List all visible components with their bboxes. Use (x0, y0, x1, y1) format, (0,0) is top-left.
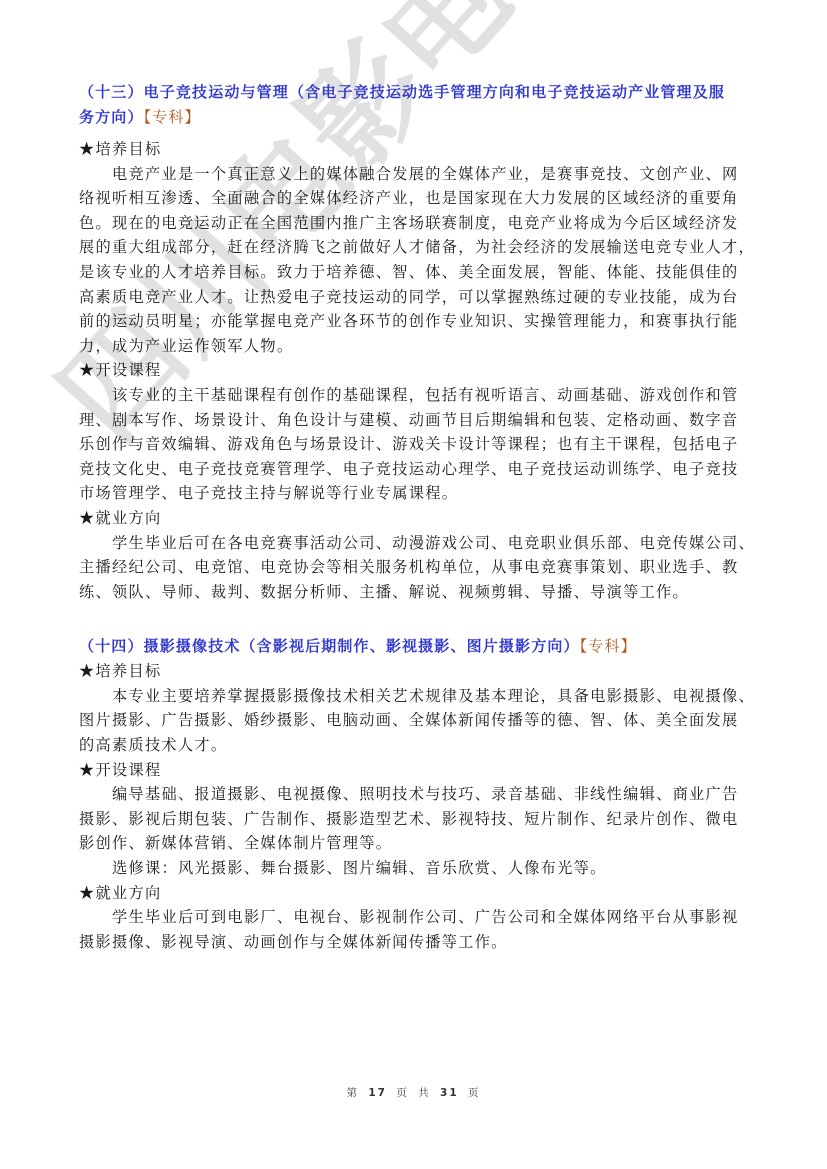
paragraph-line: 学生毕业后可到电影厂、电视台、影视制作公司、广告公司和全媒体网络平台从事影视 (79, 905, 747, 930)
section-heading-line: 务方向）【专科】 (79, 105, 747, 130)
document-page: 四川电影电视学院 （十三）电子竞技运动与管理（含电子竞技运动选手管理方向和电子竞… (0, 0, 827, 1169)
paragraph-line: 竞技文化史、电子竞技竞赛管理学、电子竞技运动心理学、电子竞技运动训练学、电子竞技 (79, 457, 747, 482)
paragraph-line: 前的运动员明星；亦能掌握电竞产业各环节的创作专业知识、实操管理能力，和赛事执行能 (79, 309, 747, 334)
paragraph-line: 编导基础、报道摄影、电视摄像、照明技术与技巧、录音基础、非线性编辑、商业广告 (79, 782, 747, 807)
section-photography: （十四）摄影摄像技术（含影视后期制作、影视摄影、图片摄影方向）【专科】 ★培养目… (79, 634, 747, 954)
paragraph-line: 理、剧本写作、场景设计、角色设计与建模、动画节目后期编辑和包装、定格动画、数字音 (79, 408, 747, 433)
section-heading-line: （十四）摄影摄像技术（含影视后期制作、影视摄影、图片摄影方向）【专科】 (79, 634, 747, 659)
current-page-number: 17 (368, 1087, 387, 1099)
paragraph-line: 的高素质技术人才。 (79, 733, 747, 758)
degree-tag: 【专科】 (144, 108, 201, 126)
paragraph-line: 选修课：风光摄影、舞台摄影、图片编辑、音乐欣赏、人像布光等。 (79, 856, 747, 881)
degree-tag: 【专科】 (580, 637, 637, 655)
paragraph-line: 主播经纪公司、电竞馆、电竞协会等相关服务机构单位，从事电竞赛事策划、职业选手、教 (79, 555, 747, 580)
block-label-courses: ★开设课程 (79, 358, 747, 383)
paragraph-line: 摄影、影视后期包装、广告制作、摄影造型艺术、影视特技、短片制作、纪录片创作、微电 (79, 807, 747, 832)
section-heading-text: 务方向） (79, 108, 144, 126)
page-content: （十三）电子竞技运动与管理（含电子竞技运动选手管理方向和电子竞技运动产业管理及服… (79, 80, 747, 954)
paragraph-line: 练、领队、导师、裁判、数据分析师、主播、解说、视频剪辑、导播、导演等工作。 (79, 580, 747, 605)
section-heading-text: （十四）摄影摄像技术（含影视后期制作、影视摄影、图片摄影方向） (79, 637, 580, 655)
paragraph-line: 力，成为产业运作领军人物。 (79, 334, 747, 359)
footer-mid: 页 共 (396, 1087, 430, 1099)
paragraph-line: 色。现在的电竞运动正在全国范围内推广主客场联赛制度，电竞产业将成为今后区域经济发 (79, 211, 747, 236)
footer-suffix: 页 (468, 1087, 481, 1099)
block-label-goals: ★培养目标 (79, 137, 747, 162)
paragraph-line: 络视听相互渗透、全面融合的全媒体经济产业，也是国家现在大力发展的区域经济的重要角 (79, 186, 747, 211)
block-label-goals: ★培养目标 (79, 659, 747, 684)
paragraph-line: 摄影摄像、影视导演、动画创作与全媒体新闻传播等工作。 (79, 930, 747, 955)
block-label-courses: ★开设课程 (79, 758, 747, 783)
paragraph-line: 展的重大组成部分，赶在经济腾飞之前做好人才储备，为社会经济的发展输送电竞专业人才… (79, 235, 747, 260)
paragraph-line: 本专业主要培养掌握摄影摄像技术相关艺术规律及基本理论，具备电影摄影、电视摄像、 (79, 684, 747, 709)
paragraph-line: 该专业的主干基础课程有创作的基础课程，包括有视听语言、动画基础、游戏创作和管 (79, 383, 747, 408)
paragraph-line: 是该专业的人才培养目标。致力于培养德、智、体、美全面发展，智能、体能、技能俱佳的 (79, 260, 747, 285)
paragraph-line: 图片摄影、广告摄影、婚纱摄影、电脑动画、全媒体新闻传播等的德、智、体、美全面发展 (79, 708, 747, 733)
paragraph-line: 电竞产业是一个真正意义上的媒体融合发展的全媒体产业，是赛事竞技、文创产业、网 (79, 162, 747, 187)
paragraph-line: 学生毕业后可在各电竞赛事活动公司、动漫游戏公司、电竞职业俱乐部、电竞传媒公司、 (79, 531, 747, 556)
paragraph-line: 高素质电竞产业人才。让热爱电子竞技运动的同学，可以掌握熟练过硬的专业技能，成为台 (79, 285, 747, 310)
footer-prefix: 第 (347, 1087, 360, 1099)
paragraph-line: 市场管理学、电子竞技主持与解说等行业专属课程。 (79, 481, 747, 506)
paragraph-line: 乐创作与音效编辑、游戏角色与场景设计、游戏关卡设计等课程；也有主干课程，包括电子 (79, 432, 747, 457)
section-heading-line: （十三）电子竞技运动与管理（含电子竞技运动选手管理方向和电子竞技运动产业管理及服 (79, 80, 747, 105)
total-pages-number: 31 (440, 1087, 459, 1099)
paragraph-line: 影创作、新媒体营销、全媒体制片管理等。 (79, 831, 747, 856)
block-label-careers: ★就业方向 (79, 881, 747, 906)
page-footer: 第 17 页 共 31 页 (0, 1085, 827, 1100)
block-label-careers: ★就业方向 (79, 506, 747, 531)
section-esports: （十三）电子竞技运动与管理（含电子竞技运动选手管理方向和电子竞技运动产业管理及服… (79, 80, 747, 604)
